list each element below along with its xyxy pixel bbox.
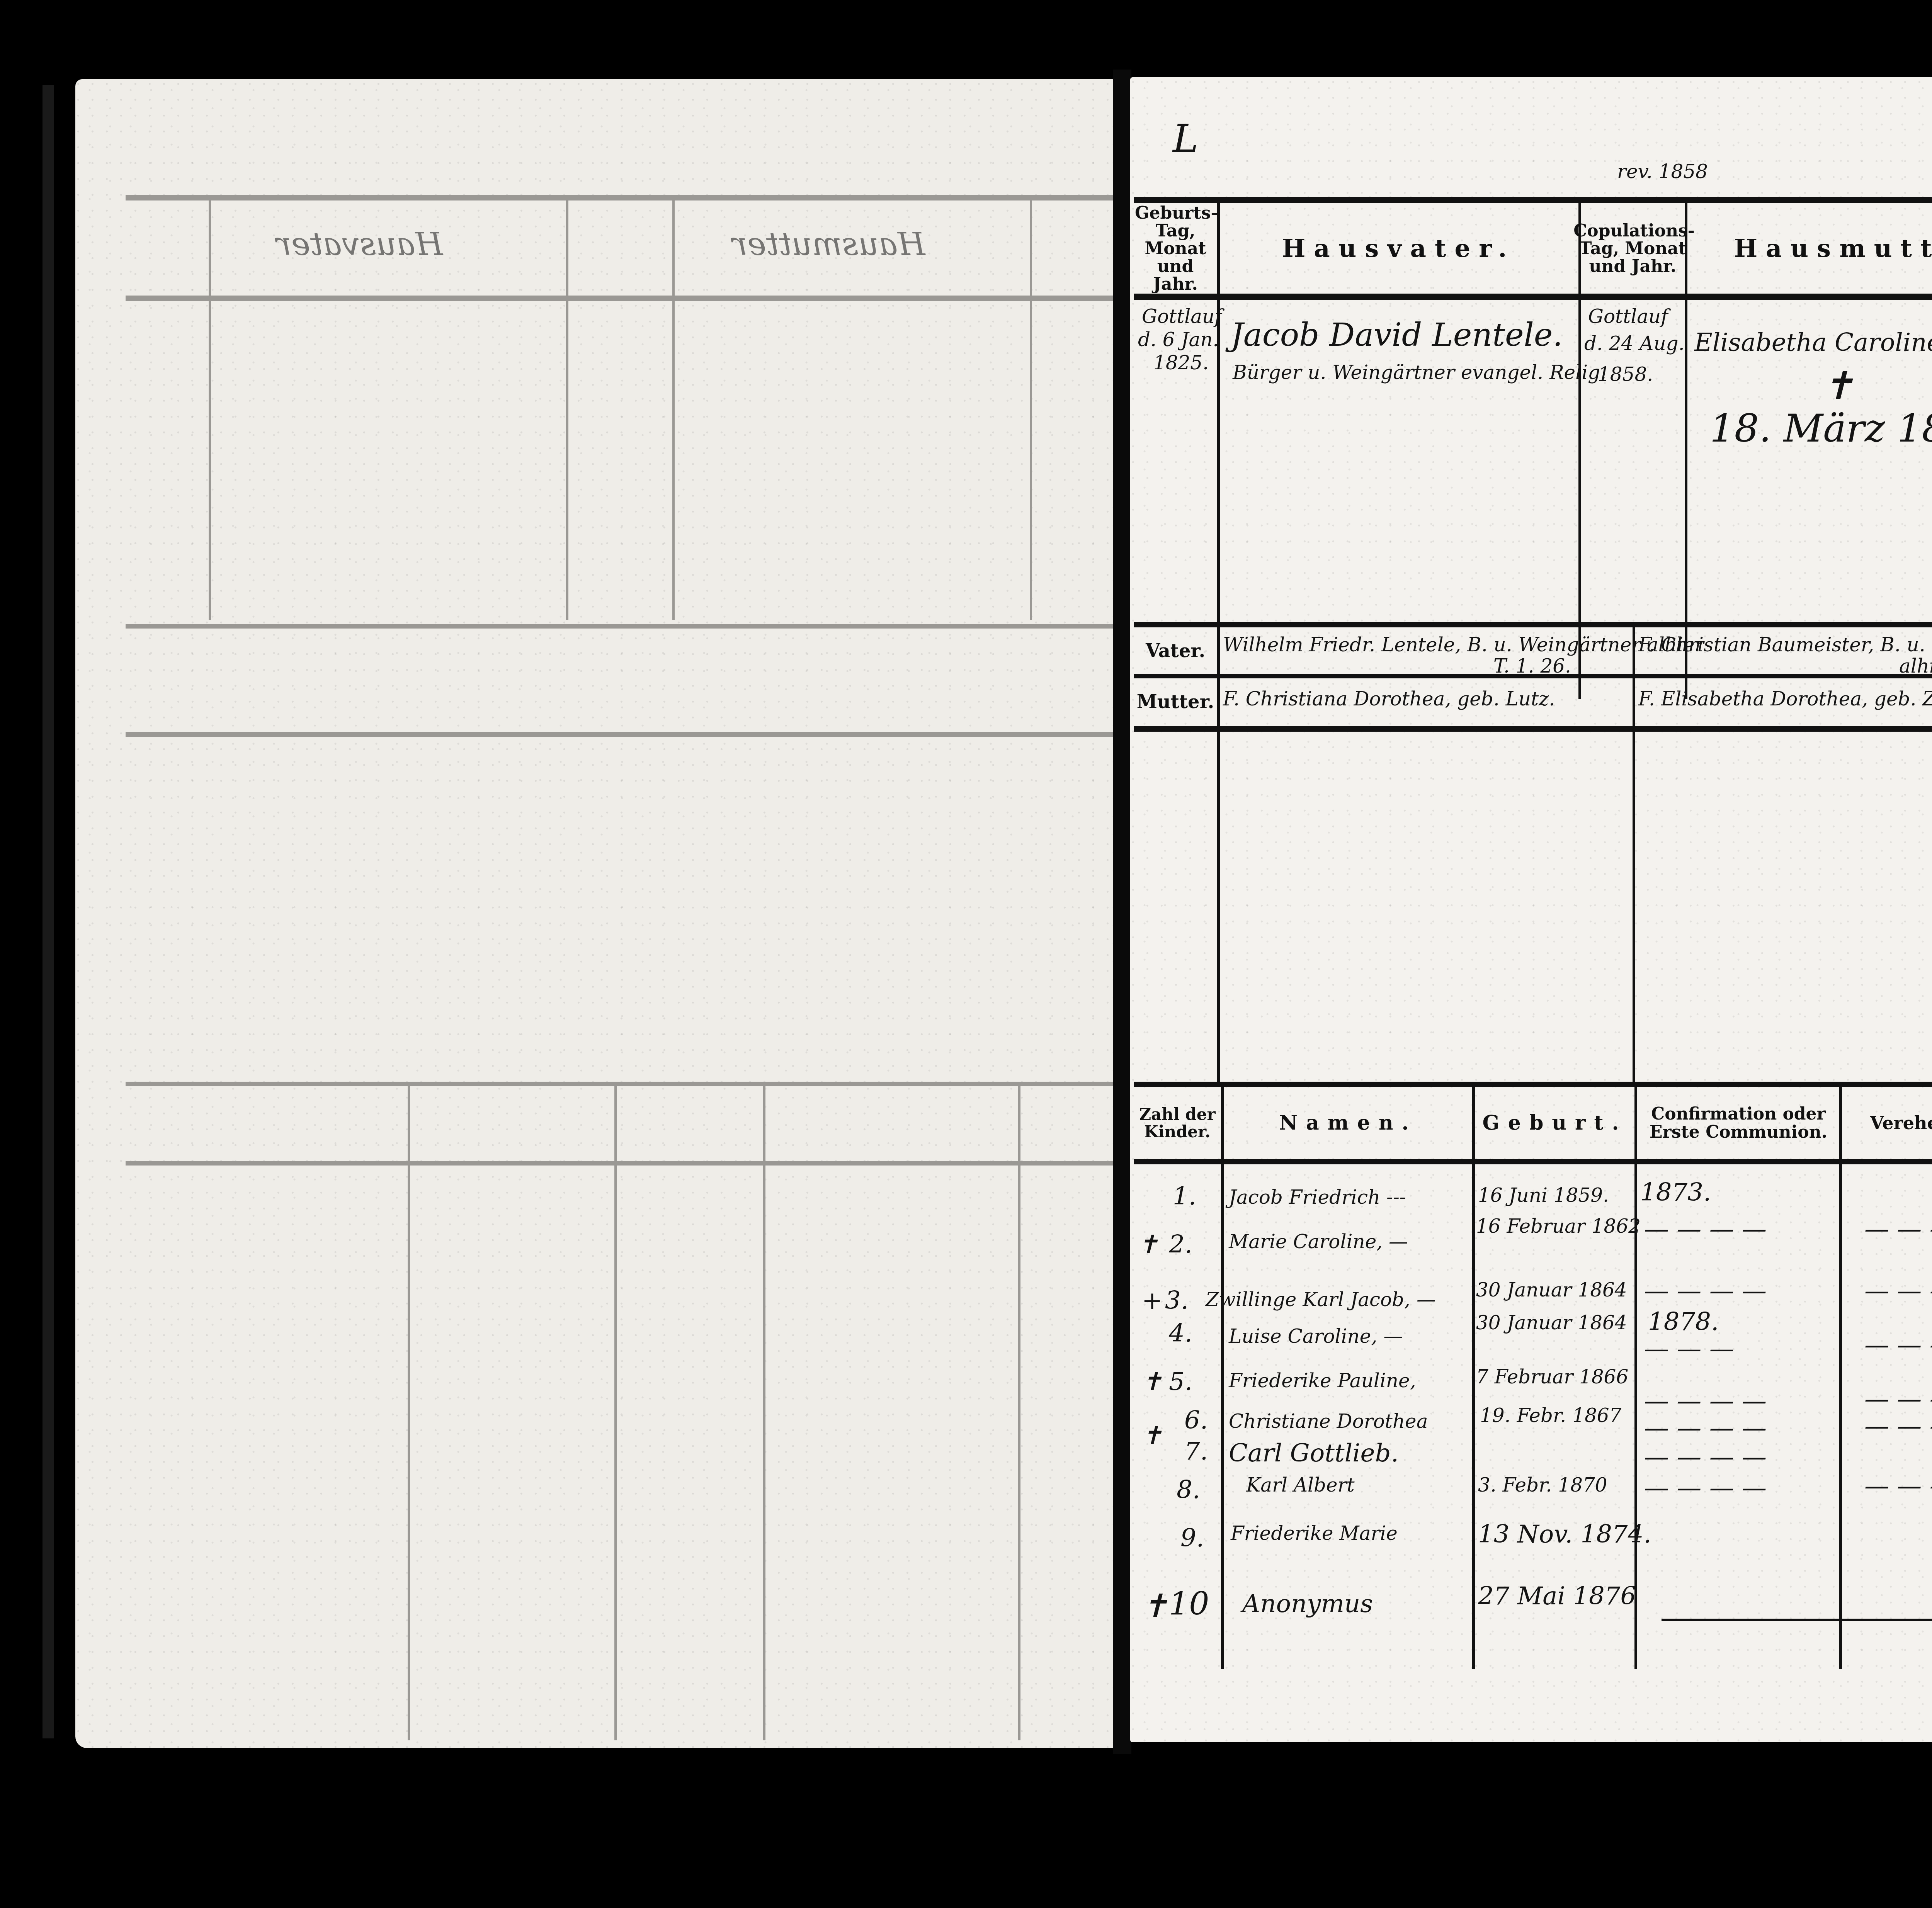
father-occupation: Bürger u. Weingärtner evangel. Relig. [1233, 361, 1606, 384]
col-divider [1633, 622, 1635, 1082]
child-4-birth: 30 Januar 1864 [1476, 1312, 1627, 1334]
child-9-birth: 13 Nov. 1874. [1478, 1520, 1651, 1549]
child-2-marriage: — — — [1864, 1215, 1932, 1244]
child-5-name: Friederike Pauline, [1229, 1369, 1416, 1392]
col-divider [1472, 1086, 1475, 1669]
faint-col-line [408, 1084, 410, 1740]
child-3-death-cross-icon: + [1142, 1286, 1163, 1315]
child-7-name: Carl Gottlieb. [1229, 1439, 1399, 1468]
child-8-confirmation: — — — — [1644, 1474, 1767, 1502]
child-5-marriage: — — — [1864, 1385, 1932, 1414]
child-8-number: 8. [1177, 1476, 1200, 1504]
child-4-number: 4. [1169, 1319, 1192, 1348]
child-2-death-cross-icon: ✝ [1138, 1230, 1159, 1259]
child-7-number: 7. [1184, 1437, 1208, 1466]
child-7-confirmation: — — — — [1644, 1443, 1767, 1471]
marriage-year: 1858. [1598, 363, 1653, 386]
faint-header-bottom-line [126, 296, 1115, 301]
col-divider [1217, 703, 1220, 1082]
child-5-death-cross-icon: ✝ [1142, 1368, 1163, 1396]
register-letter: L [1173, 116, 1198, 161]
child-3-number: 3. [1165, 1286, 1189, 1315]
child-2-birth: 16 Februar 1862 [1476, 1215, 1641, 1237]
child-6-confirmation: — — — — [1644, 1414, 1767, 1442]
child-3-marriage: — — — [1864, 1277, 1932, 1305]
child-6-marriage: — — — [1864, 1412, 1932, 1441]
child-9-name: Friederike Marie [1231, 1522, 1398, 1544]
child-6-death-cross-icon: ✝ [1142, 1422, 1163, 1450]
child-10-birth: 27 Mai 1876 [1478, 1582, 1636, 1611]
marriage-date: d. 24 Aug. [1584, 332, 1685, 355]
child-4b-marriage: — — — [1864, 1331, 1932, 1359]
father-birth-year: 1825. [1153, 352, 1209, 374]
header-hausvater: Hausvater. [1220, 204, 1577, 294]
children-top-rule [1134, 1082, 1932, 1087]
label-mutter-left: Mutter. [1135, 680, 1216, 724]
child-1-number: 1. [1173, 1182, 1196, 1211]
child-6-birth: 19. Febr. 1867 [1480, 1404, 1621, 1427]
faint-col-line [614, 1084, 617, 1740]
father-name: Jacob David Lentele. [1231, 317, 1563, 353]
child-10-death-cross-icon: ✝ [1142, 1588, 1168, 1624]
col-divider [1634, 1086, 1637, 1669]
faint-header-mother: Hausmutter [732, 226, 925, 263]
child-2-confirmation: — — — — [1644, 1215, 1767, 1244]
mother-name: Elisabetha Caroline, geb. Baumeister. [1694, 328, 1932, 357]
faint-col-line [672, 195, 675, 620]
child-4-confirmation: 1878. [1648, 1308, 1719, 1336]
header-copulation: Copulations-Tag, Monat und Jahr. [1582, 204, 1684, 294]
child-5-birth: 7 Februar 1866 [1476, 1366, 1628, 1388]
faint-children-top-line [126, 1082, 1115, 1086]
paper-texture [75, 79, 1115, 1748]
child-3-confirmation: — — — — [1644, 1277, 1767, 1305]
faint-mutter-line [126, 732, 1115, 737]
faint-header-top-line [126, 195, 1115, 200]
child-6-name: Christiane Dorothea [1229, 1410, 1428, 1432]
header-bottom-rule [1134, 294, 1932, 300]
mother-side-vater-note: alhier. T. 1. 9. [1899, 655, 1932, 677]
faint-children-bottom-line [126, 1161, 1115, 1166]
child-10-name: Anonymus [1242, 1590, 1373, 1618]
header-child-birth: Geburt. [1476, 1087, 1634, 1159]
child-8-name: Karl Albert [1246, 1474, 1355, 1496]
mother-side-mutter: F. Elisabetha Dorothea, geb. Zimmermann. [1638, 688, 1932, 710]
children-header-bottom-rule [1134, 1159, 1932, 1164]
child-4b-confirmation: — — — [1644, 1335, 1734, 1363]
mother-side-vater: F. Christian Baumeister, B. u. Weingärtn… [1638, 634, 1932, 656]
header-child-number: Zahl der Kinder. [1135, 1087, 1220, 1159]
faint-header-father: Hausvater [276, 226, 443, 263]
header-father-birth: Geburts-Tag, Monat und Jahr. [1135, 204, 1216, 294]
parents-top-rule [1134, 622, 1932, 627]
faint-col-line [1030, 195, 1032, 620]
father-side-mutter: F. Christiana Dorothea, geb. Lutz. [1223, 688, 1555, 710]
child-2-number: 2. [1169, 1230, 1192, 1259]
right-page: L rev. 1858 29 Geburts-Tag, Monat und Ja… [1130, 77, 1932, 1742]
col-divider [1217, 201, 1220, 703]
child-4-name: Luise Caroline, — [1229, 1325, 1403, 1347]
header-child-marriage: Verehelichung. [1843, 1087, 1932, 1159]
book-spine [1113, 70, 1131, 1754]
left-page: Hausvater Hausmutter [75, 79, 1115, 1748]
child-1-confirmation: 1873. [1640, 1178, 1711, 1207]
father-side-vater: Wilhelm Friedr. Lentele, B. u. Weingärtn… [1223, 634, 1704, 656]
child-2-name: Marie Caroline, — [1229, 1230, 1408, 1253]
child-5-number: 5. [1169, 1368, 1192, 1396]
child-8-birth: 3. Febr. 1870 [1478, 1474, 1607, 1496]
father-birth-date: d. 6 Jan. [1138, 328, 1219, 351]
faint-col-line [209, 195, 211, 620]
father-side-vater-note: T. 1. 26. [1493, 655, 1571, 677]
child-1-birth: 16 Juni 1859. [1478, 1184, 1609, 1206]
child-9-number: 9. [1180, 1524, 1204, 1553]
child-5-confirmation: — — — — [1644, 1387, 1767, 1415]
parents-bottom-rule [1134, 726, 1932, 732]
label-vater-left: Vater. [1135, 629, 1216, 673]
child-10-strike-line [1662, 1619, 1932, 1621]
mother-death-date: 18. März 1888. [1710, 406, 1932, 451]
faint-col-line [566, 195, 568, 620]
father-birth-place: Gottlauf [1142, 305, 1222, 328]
child-6-number: 6. [1184, 1406, 1208, 1435]
faint-vater-line [126, 624, 1115, 629]
mother-death-cross-icon: ✝ [1822, 363, 1854, 408]
binding-edge [43, 85, 54, 1738]
header-hausmutter: Hausmutter. [1688, 204, 1932, 294]
child-10-number: 10 [1169, 1586, 1209, 1623]
child-1-name: Jacob Friedrich --- [1229, 1186, 1406, 1208]
col-divider [1221, 1086, 1224, 1669]
child-8-marriage: — — — [1864, 1472, 1932, 1500]
child-3-name: Zwillinge Karl Jacob, — [1206, 1288, 1436, 1311]
header-child-confirmation: Confirmation oder Erste Communion. [1638, 1087, 1838, 1159]
header-top-rule [1134, 197, 1932, 203]
faint-col-line [763, 1084, 765, 1740]
faint-col-line [1018, 1084, 1020, 1740]
revision-note: rev. 1858 [1617, 160, 1708, 183]
child-3-birth: 30 Januar 1864 [1476, 1279, 1627, 1301]
header-child-name: Namen. [1225, 1087, 1471, 1159]
col-divider [1839, 1086, 1842, 1669]
marriage-place: Gottlauf [1588, 305, 1668, 328]
